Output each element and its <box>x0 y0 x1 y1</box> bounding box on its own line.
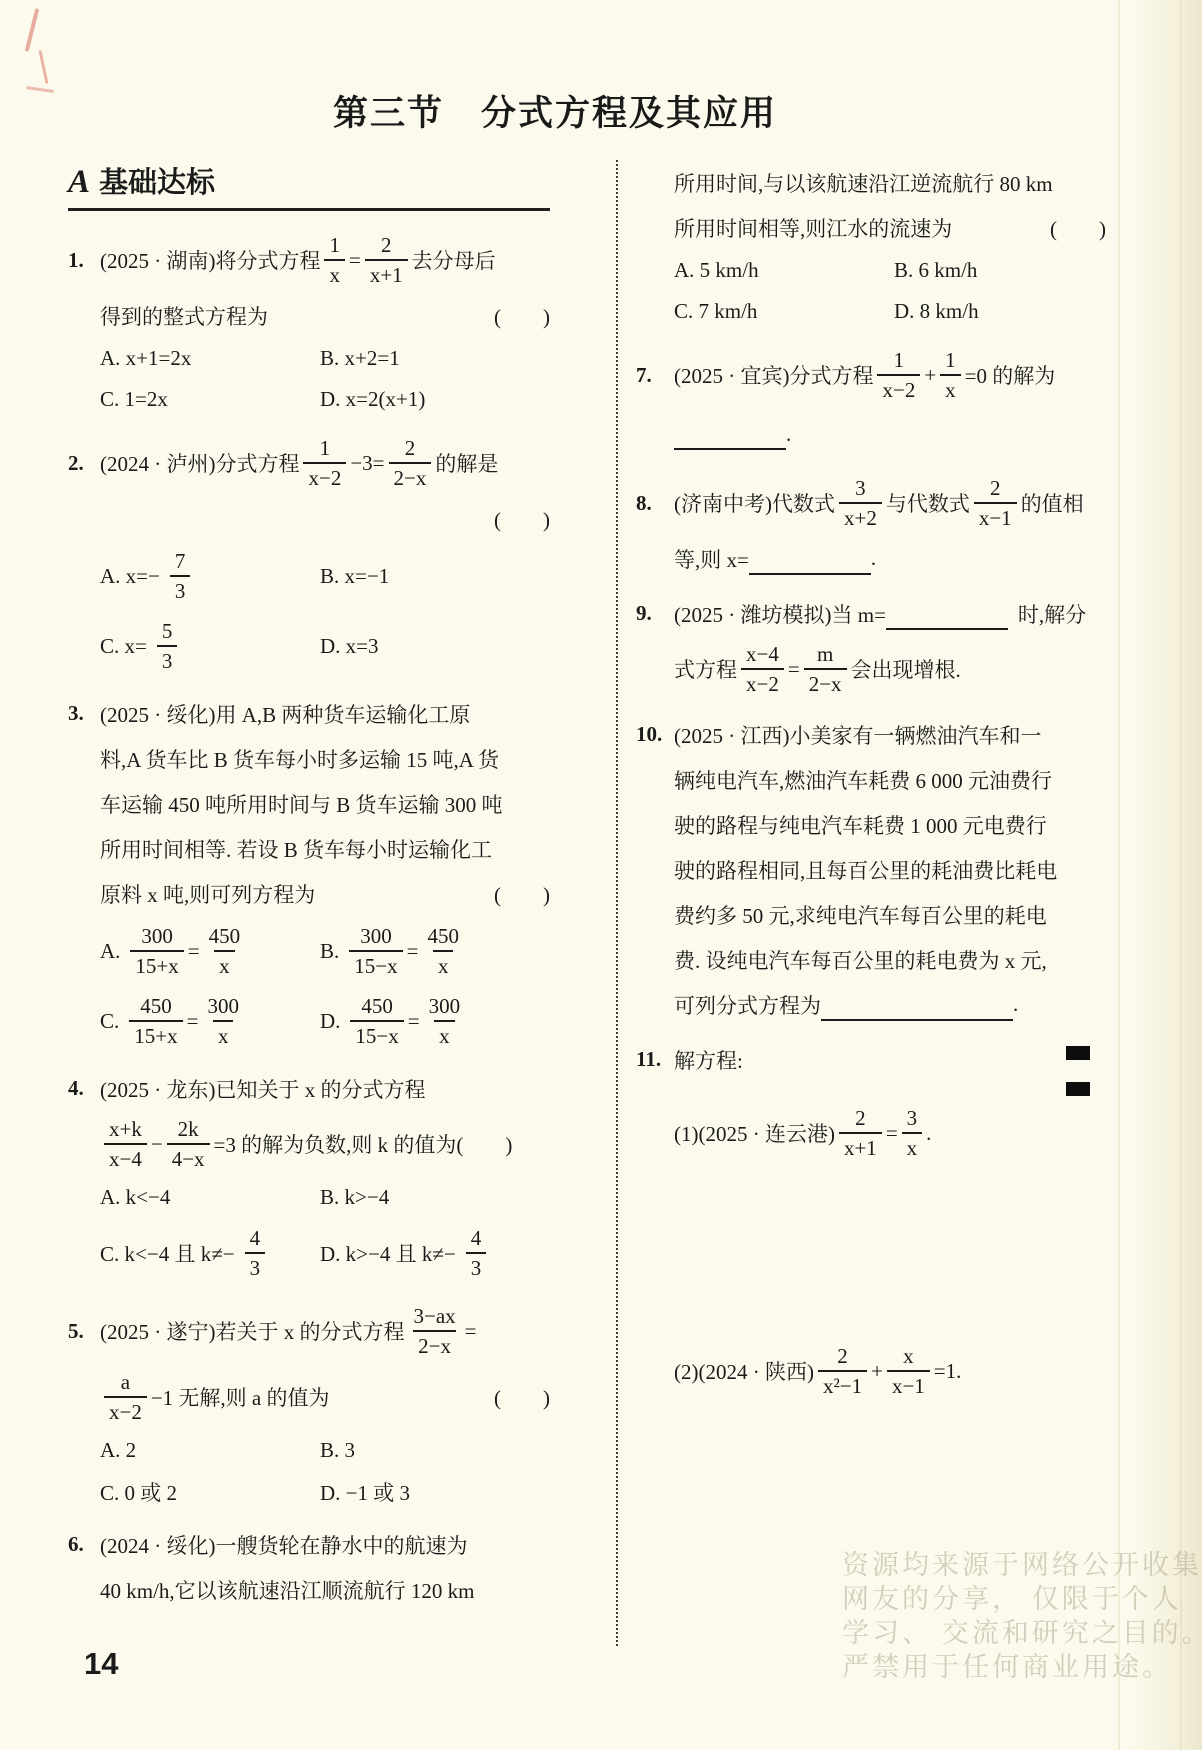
option-row: A. x+1=2x B. x+2=1 <box>100 338 550 379</box>
stem-text: (1)(2025 · 连云港) <box>674 1118 835 1148</box>
stem-text: + <box>924 363 936 388</box>
stem-text: (2024 · 绥化)一艘货轮在静水中的航速为 <box>100 1530 467 1560</box>
fraction-denominator: x−2 <box>104 1396 147 1424</box>
option-row: C. 7 km/h D. 8 km/h <box>674 291 1106 332</box>
sub-question-2: (2)(2024 · 陕西) 2x²−1 + xx−1 =1. <box>674 1338 1106 1404</box>
fraction-numerator: 300 <box>136 924 178 949</box>
fraction-numerator: m <box>812 642 838 667</box>
stem-text: (2025 · 龙东)已知关于 x 的分式方程 <box>100 1074 425 1104</box>
option-row: A. 5 km/h B. 6 km/h <box>674 250 1106 291</box>
fraction: 450x <box>422 924 464 977</box>
option-c: C. 7 km/h <box>674 299 894 324</box>
stem-text: 费约多 50 元,求纯电汽车每百公里的耗电 <box>674 900 1047 930</box>
problem-4: 4. (2025 · 龙东)已知关于 x 的分式方程 x+kx−4 − 2k4−… <box>68 1066 550 1288</box>
stem-line: 5. (2025 · 遂宁)若关于 x 的分式方程 3−ax2−x = <box>100 1298 550 1364</box>
stem-text: 费. 设纯电汽车每百公里的耗电费为 x 元, <box>674 945 1047 975</box>
fraction: xx−1 <box>887 1344 930 1397</box>
fraction-numerator: a <box>116 1370 135 1395</box>
option-b: B. x=−1 <box>320 564 389 589</box>
fraction-numerator: 450 <box>422 924 464 949</box>
stem-line: 费约多 50 元,求纯电汽车每百公里的耗电 <box>674 892 1106 937</box>
stem-text: −1 无解,则 a 的值为 <box>151 1382 330 1412</box>
stem-text: (2025 · 湖南)将分式方程 <box>100 245 320 275</box>
problem-11: 11. 解方程: (1)(2025 · 连云港) 2x+1 = 3x . (2)… <box>636 1037 1106 1404</box>
problem-6-continued: 所用时间,与以该航速沿江逆流航行 80 km 所用时间相等,则江水的流速为 ( … <box>636 160 1106 332</box>
stem-text: 所用时间,与以该航速沿江逆流航行 80 km <box>674 168 1053 198</box>
problem-8: 8. (济南中考)代数式 3x+2 与代数式 2x−1 的值相 等,则 x= . <box>636 470 1106 581</box>
option-d: D. x=3 <box>320 634 379 659</box>
fraction-denominator: x <box>902 1132 923 1160</box>
problem-number: 9. <box>636 601 652 626</box>
problem-5: 5. (2025 · 遂宁)若关于 x 的分式方程 3−ax2−x = ax−2… <box>68 1298 550 1512</box>
problem-number: 7. <box>636 363 652 388</box>
fraction-denominator: 3 <box>245 1252 266 1280</box>
option-a: A. k<−4 <box>100 1185 320 1210</box>
problem-number: 11. <box>636 1047 661 1072</box>
fraction-denominator: x−1 <box>974 502 1017 530</box>
stem-line: x+kx−4 − 2k4−x =3 的解为负数,则 k 的值为( ) <box>100 1111 550 1177</box>
fraction: 30015+x <box>130 924 183 977</box>
stem-text: = <box>465 1319 477 1344</box>
fraction-numerator: 3 <box>850 476 871 501</box>
fraction: 3x <box>902 1106 923 1159</box>
fraction: 2x+1 <box>839 1106 882 1159</box>
stem-text: =1. <box>934 1359 962 1384</box>
stem-text: (2025 · 潍坊模拟)当 m= <box>674 599 886 629</box>
option-row: C. 45015+x = 300x D. 45015−x = 300x <box>100 986 550 1056</box>
problem-number: 3. <box>68 701 84 726</box>
option-text: = <box>407 939 419 964</box>
stem-line: ( ) <box>100 496 550 541</box>
option-a: A. x+1=2x <box>100 346 320 371</box>
stem-text: (2025 · 遂宁)若关于 x 的分式方程 <box>100 1316 404 1346</box>
stem-text: = <box>886 1121 898 1146</box>
problem-9: 9. (2025 · 潍坊模拟)当 m= 时,解分 式方程 x−4x−2 = m… <box>636 591 1106 702</box>
problem-number: 6. <box>68 1532 84 1557</box>
option-text: A. <box>100 939 120 964</box>
fraction-denominator: x+1 <box>365 259 408 287</box>
option-text: = <box>187 1009 199 1034</box>
stem-line: 40 km/h,它以该航速沿江顺流航行 120 km <box>100 1567 550 1612</box>
fraction-denominator: x²−1 <box>818 1370 867 1398</box>
option-text: B. <box>320 939 339 964</box>
problem-number: 5. <box>68 1319 84 1344</box>
option-c: C. 0 或 2 <box>100 1477 320 1507</box>
fraction-numerator: 450 <box>356 994 398 1019</box>
fraction: 43 <box>245 1226 266 1279</box>
stem-text: . <box>1013 992 1018 1017</box>
fraction-denominator: x−4 <box>104 1143 147 1171</box>
option-c: C. 1=2x <box>100 387 320 412</box>
fraction-denominator: 15−x <box>350 1020 403 1048</box>
fraction-denominator: x <box>213 1020 234 1048</box>
stem-text: 40 km/h,它以该航速沿江顺流航行 120 km <box>100 1575 475 1605</box>
fraction: 1x−2 <box>877 348 920 401</box>
fraction: 1x−2 <box>303 436 346 489</box>
problem-number: 2. <box>68 451 84 476</box>
answer-space: ( ) <box>494 504 550 534</box>
stem-text: (2024 · 泸州)分式方程 <box>100 448 299 478</box>
fraction: 22−x <box>389 436 432 489</box>
stem-text: (济南中考)代数式 <box>674 488 835 518</box>
sub-question-1: (1)(2025 · 连云港) 2x+1 = 3x . <box>674 1100 1106 1166</box>
stem-text: 可列分式方程为 <box>674 990 821 1020</box>
fraction-denominator: x−2 <box>877 374 920 402</box>
fraction-numerator: 2 <box>985 476 1006 501</box>
stem-text: 的值相 <box>1021 488 1084 518</box>
stem-line: ax−2 −1 无解,则 a 的值为 ( ) <box>100 1364 550 1430</box>
fraction: m2−x <box>804 642 847 695</box>
subsection-letter: A <box>68 164 90 200</box>
stem-text: (2)(2024 · 陕西) <box>674 1356 814 1386</box>
fraction-numerator: 7 <box>170 549 191 574</box>
fraction-denominator: 3 <box>170 575 191 603</box>
red-pen-mark <box>38 50 48 84</box>
stem-line: 所用时间相等,则江水的流速为 ( ) <box>674 205 1106 250</box>
stem-text: (2025 · 江西)小美家有一辆燃油汽车和一 <box>674 720 1041 750</box>
option-a: A. 2 <box>100 1438 320 1463</box>
fraction: 30015−x <box>349 924 402 977</box>
stem-line: . <box>674 408 1106 460</box>
problem-number: 1. <box>68 248 84 273</box>
fraction: 2k4−x <box>167 1117 210 1170</box>
answer-blank <box>749 550 871 574</box>
answer-blank <box>821 996 1013 1020</box>
fraction-denominator: x <box>324 259 345 287</box>
stem-text: 等,则 x= <box>674 544 749 574</box>
option-b: B. 30015−x = 450x <box>320 924 468 977</box>
stem-line: 1. (2025 · 湖南)将分式方程 1x = 2x+1 去分母后 <box>100 227 550 293</box>
page-edge-shading <box>1130 0 1202 1750</box>
problem-3: 3. (2025 · 绥化)用 A,B 两种货车运输化工原 料,A 货车比 B … <box>68 691 550 1056</box>
stem-line: 等,则 x= . <box>674 536 1106 581</box>
fraction: 300x <box>202 994 244 1047</box>
fraction: 1x <box>324 233 345 286</box>
stem-line: 10. (2025 · 江西)小美家有一辆燃油汽车和一 <box>674 712 1106 757</box>
page-body: A基础达标 1. (2025 · 湖南)将分式方程 1x = 2x+1 去分母后… <box>68 160 1136 1646</box>
answer-blank <box>674 426 786 450</box>
problem-6: 6. (2024 · 绥化)一艘货轮在静水中的航速为 40 km/h,它以该航速… <box>68 1522 550 1612</box>
option-row: A. 2 B. 3 <box>100 1430 550 1471</box>
stem-line: 驶的路程相同,且每百公里的耗油费比耗电 <box>674 847 1106 892</box>
fraction-denominator: 2−x <box>413 1330 456 1358</box>
stem-line: 车运输 450 吨所用时间与 B 货车运输 300 吨 <box>100 781 550 826</box>
stem-text: . <box>871 546 876 571</box>
fraction: 2x+1 <box>365 233 408 286</box>
stem-line: 所用时间相等. 若设 B 货车每小时运输化工 <box>100 826 550 871</box>
problem-2: 2. (2024 · 泸州)分式方程 1x−2 −3= 22−x 的解是 ( )… <box>68 430 550 681</box>
stem-text: =0 的解为 <box>965 360 1056 390</box>
option-text: C. <box>100 1009 119 1034</box>
answer-space: ( ) <box>1050 213 1106 243</box>
option-text: = <box>188 939 200 964</box>
stem-text: 车运输 450 吨所用时间与 B 货车运输 300 吨 <box>100 789 503 819</box>
stem-text: 解方程: <box>674 1045 743 1075</box>
answer-space: ( ) <box>494 1382 550 1412</box>
stem-line: 2. (2024 · 泸州)分式方程 1x−2 −3= 22−x 的解是 <box>100 430 550 496</box>
fraction: 300x <box>424 994 466 1047</box>
fraction-denominator: 3 <box>466 1252 487 1280</box>
stem-text: 的解是 <box>435 448 498 478</box>
fraction-denominator: x−2 <box>741 668 784 696</box>
stem-text: (2025 · 宜宾)分式方程 <box>674 360 873 390</box>
right-column: 所用时间,与以该航速沿江逆流航行 80 km 所用时间相等,则江水的流速为 ( … <box>616 160 1136 1646</box>
option-d: D. 45015−x = 300x <box>320 994 469 1047</box>
stem-line: 费. 设纯电汽车每百公里的耗电费为 x 元, <box>674 937 1106 982</box>
fraction-numerator: 2 <box>850 1106 871 1131</box>
fraction: x+kx−4 <box>104 1117 147 1170</box>
fraction-numerator: 2 <box>376 233 397 258</box>
fraction-numerator: 300 <box>424 994 466 1019</box>
stem-text: − <box>151 1132 163 1157</box>
stem-line: 所用时间,与以该航速沿江逆流航行 80 km <box>674 160 1106 205</box>
fraction-numerator: 1 <box>324 233 345 258</box>
option-text: C. k<−4 且 k≠− <box>100 1238 235 1268</box>
fraction: 3x+2 <box>839 476 882 529</box>
option-row: C. 1=2x D. x=2(x+1) <box>100 379 550 420</box>
option-b: B. x+2=1 <box>320 346 400 371</box>
fraction-denominator: x <box>214 950 235 978</box>
fraction-numerator: 1 <box>315 436 336 461</box>
fraction-numerator: 450 <box>204 924 246 949</box>
stem-line: 得到的整式方程为 ( ) <box>100 293 550 338</box>
option-b: B. 3 <box>320 1438 355 1463</box>
fraction-denominator: 4−x <box>167 1143 210 1171</box>
problem-1: 1. (2025 · 湖南)将分式方程 1x = 2x+1 去分母后 得到的整式… <box>68 227 550 420</box>
stem-text: . <box>926 1121 931 1146</box>
fraction-numerator: 4 <box>245 1226 266 1251</box>
fraction-denominator: 15+x <box>130 950 183 978</box>
option-row: C. x=53 D. x=3 <box>100 611 550 681</box>
fraction-numerator: 2 <box>832 1344 853 1369</box>
stem-text: 驶的路程相同,且每百公里的耗油费比耗电 <box>674 855 1057 885</box>
watermark-line: 严禁用于任何商业用途。 <box>842 1650 1202 1684</box>
fraction-numerator: 3−ax <box>408 1304 460 1329</box>
stem-text: . <box>786 422 791 447</box>
fraction-denominator: x <box>434 1020 455 1048</box>
option-text: = <box>408 1009 420 1034</box>
option-text: C. x= <box>100 634 147 659</box>
stem-text: = <box>788 657 800 682</box>
fraction-denominator: 2−x <box>804 668 847 696</box>
stem-line: 7. (2025 · 宜宾)分式方程 1x−2 + 1x =0 的解为 <box>674 342 1106 408</box>
fraction: x−4x−2 <box>741 642 784 695</box>
stem-text: 得到的整式方程为 <box>100 301 268 331</box>
stem-text: 辆纯电汽车,燃油汽车耗费 6 000 元油费行 <box>674 765 1052 795</box>
subsection-label: 基础达标 <box>99 167 215 199</box>
stem-line: 可列分式方程为 . <box>674 982 1106 1027</box>
fraction: 43 <box>466 1226 487 1279</box>
option-text: A. x=− <box>100 564 160 589</box>
stem-text: 所用时间相等,则江水的流速为 <box>674 213 952 243</box>
option-d: D. −1 或 3 <box>320 1477 410 1507</box>
problem-number: 8. <box>636 491 652 516</box>
fraction: 73 <box>170 549 191 602</box>
stem-text: 去分母后 <box>412 245 496 275</box>
answer-space: ( ) <box>494 301 550 331</box>
fraction-numerator: 2 <box>400 436 421 461</box>
fraction-denominator: x−2 <box>303 462 346 490</box>
problem-7: 7. (2025 · 宜宾)分式方程 1x−2 + 1x =0 的解为 . <box>636 342 1106 460</box>
stem-line: 驶的路程与纯电汽车耗费 1 000 元电费行 <box>674 802 1106 847</box>
fraction-numerator: 2k <box>173 1117 204 1142</box>
stem-line: 3. (2025 · 绥化)用 A,B 两种货车运输化工原 <box>100 691 550 736</box>
option-row: A. k<−4 B. k>−4 <box>100 1177 550 1218</box>
fraction-numerator: 300 <box>355 924 397 949</box>
option-c: C. x=53 <box>100 619 320 672</box>
fraction-numerator: 3 <box>902 1106 923 1131</box>
stem-text: 所用时间相等. 若设 B 货车每小时运输化工 <box>100 834 492 864</box>
watermark-line: 资源均来源于网络公开收集及 <box>842 1548 1202 1582</box>
fraction-numerator: x+k <box>104 1117 147 1142</box>
fraction-denominator: x <box>433 950 454 978</box>
fraction-denominator: 3 <box>157 645 178 673</box>
option-row: A. 30015+x = 450x B. 30015−x = 450x <box>100 916 550 986</box>
stem-line: 料,A 货车比 B 货车每小时多运输 15 吨,A 货 <box>100 736 550 781</box>
fraction: 3−ax2−x <box>408 1304 460 1357</box>
stem-line: 9. (2025 · 潍坊模拟)当 m= 时,解分 <box>674 591 1106 636</box>
answer-space: ( ) <box>494 879 550 909</box>
page-number: 14 <box>84 1646 118 1682</box>
stem-line: 4. (2025 · 龙东)已知关于 x 的分式方程 <box>100 1066 550 1111</box>
problem-10: 10. (2025 · 江西)小美家有一辆燃油汽车和一 辆纯电汽车,燃油汽车耗费… <box>636 712 1106 1027</box>
red-pen-mark <box>25 8 40 52</box>
fraction-numerator: 5 <box>157 619 178 644</box>
stem-text: −3= <box>350 451 384 476</box>
option-c: C. k<−4 且 k≠−43 <box>100 1226 320 1279</box>
watermark: 资源均来源于网络公开收集及 网友的分享， 仅限于个人 学习、 交流和研究之目的。… <box>842 1548 1202 1684</box>
fraction-denominator: 15+x <box>129 1020 182 1048</box>
stem-line: 6. (2024 · 绥化)一艘货轮在静水中的航速为 <box>100 1522 550 1567</box>
watermark-line: 网友的分享， 仅限于个人 <box>842 1582 1202 1616</box>
problem-number: 4. <box>68 1076 84 1101</box>
option-d: D. k>−4 且 k≠−43 <box>320 1226 490 1279</box>
option-a: A. 5 km/h <box>674 258 894 283</box>
fraction-denominator: x <box>940 374 961 402</box>
fraction-numerator: 4 <box>466 1226 487 1251</box>
stem-text: 驶的路程与纯电汽车耗费 1 000 元电费行 <box>674 810 1047 840</box>
option-d: D. 8 km/h <box>894 299 979 324</box>
stem-line: 式方程 x−4x−2 = m2−x 会出现增根. <box>674 636 1106 702</box>
stem-text: =3 的解为负数,则 k 的值为( ) <box>214 1129 513 1159</box>
fraction: 2x−1 <box>974 476 1017 529</box>
stem-line: 原料 x 吨,则可列方程为 ( ) <box>100 871 550 916</box>
option-c: C. 45015+x = 300x <box>100 994 320 1047</box>
option-a: A. 30015+x = 450x <box>100 924 320 977</box>
problem-number: 10. <box>636 722 662 747</box>
fraction-denominator: 2−x <box>389 462 432 490</box>
fraction: 53 <box>157 619 178 672</box>
left-column: A基础达标 1. (2025 · 湖南)将分式方程 1x = 2x+1 去分母后… <box>68 160 550 1646</box>
stem-text: 会出现增根. <box>851 654 961 684</box>
stem-text: 与代数式 <box>886 488 970 518</box>
fraction-numerator: 1 <box>889 348 910 373</box>
option-d: D. x=2(x+1) <box>320 387 425 412</box>
fraction-denominator: x+1 <box>839 1132 882 1160</box>
fraction: 1x <box>940 348 961 401</box>
watermark-line: 学习、 交流和研究之目的。 <box>842 1616 1202 1650</box>
stem-line: 11. 解方程: <box>674 1037 1106 1082</box>
stem-text: 时,解分 <box>1018 599 1086 629</box>
fraction-numerator: 300 <box>202 994 244 1019</box>
answer-blank <box>886 605 1008 629</box>
stem-line: 8. (济南中考)代数式 3x+2 与代数式 2x−1 的值相 <box>674 470 1106 536</box>
stem-line: 辆纯电汽车,燃油汽车耗费 6 000 元油费行 <box>674 757 1106 802</box>
fraction-numerator: x <box>898 1344 919 1369</box>
stem-text: (2025 · 绥化)用 A,B 两种货车运输化工原 <box>100 699 470 729</box>
fraction: 2x²−1 <box>818 1344 867 1397</box>
option-row: A. x=−73 B. x=−1 <box>100 541 550 611</box>
option-text: D. <box>320 1009 340 1034</box>
fraction: 45015−x <box>350 994 403 1047</box>
stem-text: + <box>871 1359 883 1384</box>
option-a: A. x=−73 <box>100 549 320 602</box>
fraction-denominator: x−1 <box>887 1370 930 1398</box>
stem-text: 原料 x 吨,则可列方程为 <box>100 879 315 909</box>
fraction-denominator: 15−x <box>349 950 402 978</box>
option-row: C. 0 或 2 D. −1 或 3 <box>100 1471 550 1512</box>
fraction: 450x <box>204 924 246 977</box>
fraction-numerator: x−4 <box>741 642 784 667</box>
option-b: B. 6 km/h <box>894 258 977 283</box>
fraction: ax−2 <box>104 1370 147 1423</box>
fraction-denominator: x+2 <box>839 502 882 530</box>
option-row: C. k<−4 且 k≠−43 D. k>−4 且 k≠−43 <box>100 1218 550 1288</box>
stem-text: 式方程 <box>674 654 737 684</box>
fraction-numerator: 1 <box>940 348 961 373</box>
page-title: 第三节 分式方程及其应用 <box>0 86 1110 136</box>
subsection-header-a: A基础达标 <box>68 160 550 211</box>
stem-text: 料,A 货车比 B 货车每小时多运输 15 吨,A 货 <box>100 744 499 774</box>
fraction: 45015+x <box>129 994 182 1047</box>
fraction-numerator: 450 <box>135 994 177 1019</box>
stem-text: = <box>349 248 361 273</box>
option-b: B. k>−4 <box>320 1185 389 1210</box>
option-text: D. k>−4 且 k≠− <box>320 1238 456 1268</box>
